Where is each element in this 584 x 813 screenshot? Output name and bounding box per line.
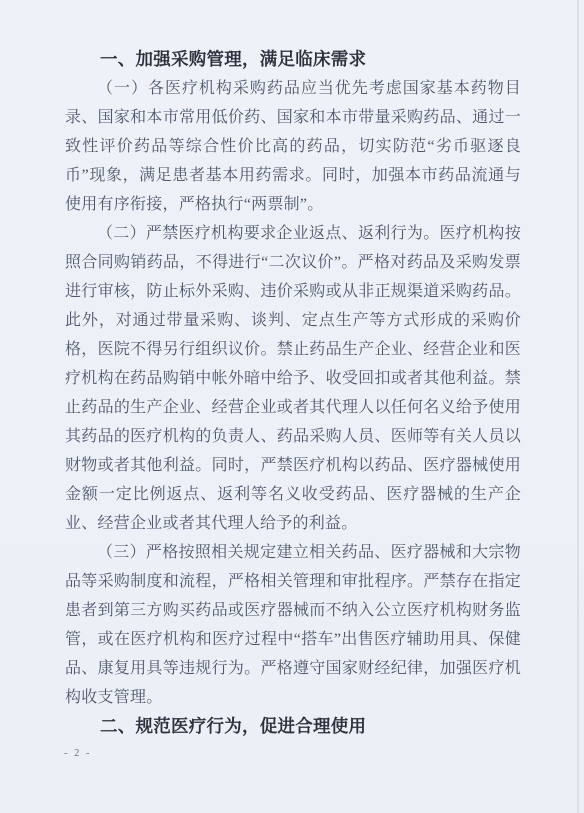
page-number: - 2 - [64,748,92,759]
document-body: 一、加强采购管理，满足临床需求 （一）各医疗机构采购药品应当优先考虑国家基本药物… [65,45,521,741]
scanned-document-page: 一、加强采购管理，满足临床需求 （一）各医疗机构采购药品应当优先考虑国家基本药物… [0,0,584,813]
section-1-paragraph-1: （一）各医疗机构采购药品应当优先考虑国家基本药物目录、国家和本市常用低价药、国家… [65,74,521,219]
section-1-paragraph-2: （二）严禁医疗机构要求企业返点、返利行为。医疗机构按照合同购销药品，不得进行“二… [65,219,521,538]
section-1-paragraph-3: （三）严格按照相关规定建立相关药品、医疗器械和大宗物品等采购制度和流程，严格相关… [65,538,521,712]
scan-edge-artifact [577,0,579,813]
section-2-heading: 二、规范医疗行为，促进合理使用 [65,712,521,741]
section-1-heading: 一、加强采购管理，满足临床需求 [65,45,521,74]
